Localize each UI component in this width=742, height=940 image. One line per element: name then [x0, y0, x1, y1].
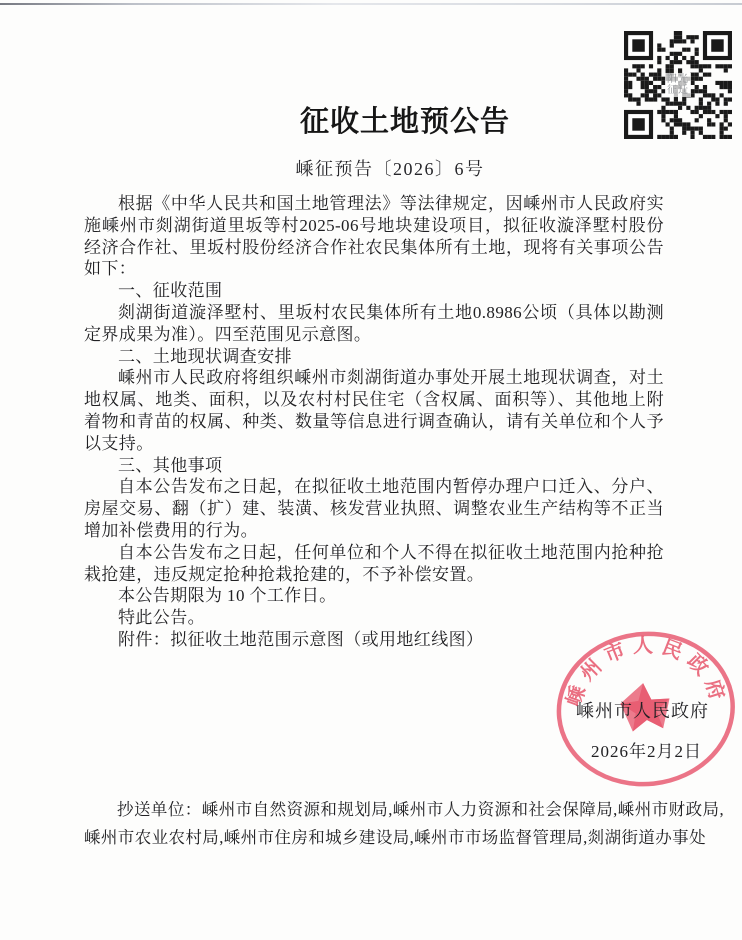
section-heading: 一、征收范围	[84, 280, 664, 302]
body-paragraph: 本公告期限为 10 个工作日。	[84, 585, 664, 607]
scanned-notice-page: 阳光征迁 征收土地预公告 嵊征预告〔2026〕6号 根据《中华人民共和国土地管理…	[0, 0, 742, 940]
qr-center-label: 阳光征迁	[665, 73, 691, 97]
section-heading: 二、土地现状调查安排	[84, 346, 664, 368]
document-title: 征收土地预公告	[34, 99, 742, 140]
issuer-signature: 嵊州市人民政府	[576, 697, 709, 723]
body-paragraph: 嵊州市人民政府将组织嵊州市剡湖街道办事处开展土地现状调查，对土地权属、地类、面积…	[84, 367, 664, 454]
body-paragraph: 附件：拟征收土地范围示意图（或用地红线图）	[84, 629, 664, 651]
body-paragraph: 根据《中华人民共和国土地管理法》等法律规定，因嵊州市人民政府实施嵊州市剡湖街道里…	[84, 193, 664, 280]
body-paragraph: 自本公告发布之日起，任何单位和个人不得在拟征收土地范围内抢种抢栽抢建，违反规定抢…	[84, 542, 664, 586]
scan-artifact-line	[0, 3, 742, 5]
document-body: 根据《中华人民共和国土地管理法》等法律规定，因嵊州市人民政府实施嵊州市剡湖街道里…	[84, 193, 664, 651]
cc-units-block: 抄送单位：嵊州市自然资源和规划局,嵊州市人力资源和社会保障局,嵊州市财政局,嵊州…	[84, 796, 724, 852]
body-paragraph: 特此公告。	[84, 607, 664, 629]
issue-date: 2026年2月2日	[591, 737, 702, 762]
body-paragraph: 剡湖街道漩泽墅村、里坂村农民集体所有土地0.8986公顷（具体以勘测定界成果为准…	[84, 302, 664, 346]
document-number: 嵊征预告〔2026〕6号	[19, 155, 742, 181]
body-paragraph: 自本公告发布之日起，在拟征收土地范围内暂停办理户口迁入、分户、房屋交易、翻（扩）…	[84, 476, 664, 541]
section-heading: 三、其他事项	[84, 455, 664, 477]
